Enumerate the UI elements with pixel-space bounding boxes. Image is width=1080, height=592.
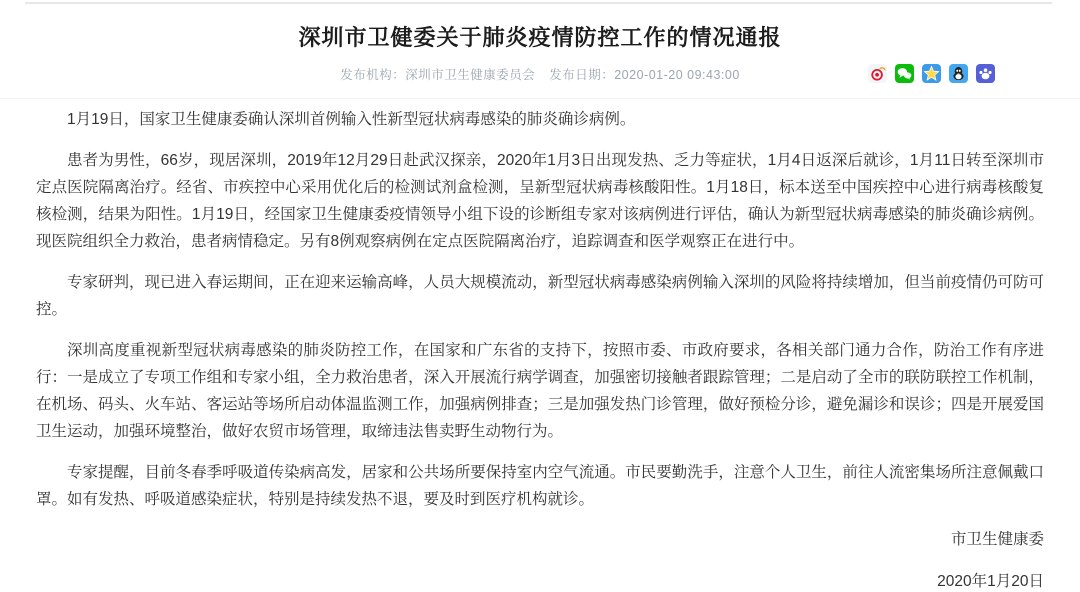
- wechat-bubbles-icon: [895, 64, 914, 83]
- notice-body: 1月19日，国家卫生健康委确认深圳首例输入性新型冠状病毒感染的肺炎确诊病例。 患…: [36, 106, 1044, 592]
- weibo-eye-icon: [868, 64, 887, 83]
- paragraph-confirmation: 1月19日，国家卫生健康委确认深圳首例输入性新型冠状病毒感染的肺炎确诊病例。: [36, 106, 1044, 133]
- share-bar: [868, 64, 995, 83]
- qzone-star-icon: [922, 64, 941, 83]
- header-divider: [0, 98, 1080, 99]
- publish-date-label: 发布日期：: [549, 68, 614, 82]
- publish-org-label: 发布机构：: [340, 68, 405, 82]
- qq-share-icon[interactable]: [949, 64, 968, 83]
- baidu-paw-icon: [976, 64, 995, 83]
- weibo-share-icon[interactable]: [868, 64, 887, 83]
- baidu-tieba-share-icon[interactable]: [976, 64, 995, 83]
- signature-date: 2020年1月20日: [36, 569, 1044, 592]
- publish-date: 2020-01-20 09:43:00: [614, 68, 740, 82]
- signature-author: 市卫生健康委: [36, 527, 1044, 553]
- publish-org: 深圳市卫生健康委员会: [405, 68, 535, 82]
- paragraph-expert-reminder: 专家提醒，目前冬春季呼吸道传染病高发，居家和公共场所要保持室内空气流通。市民要勤…: [36, 459, 1044, 513]
- paragraph-patient-details: 患者为男性，66岁，现居深圳，2019年12月29日赴武汉探亲，2020年1月3…: [36, 147, 1044, 255]
- qzone-share-icon[interactable]: [922, 64, 941, 83]
- top-divider: [25, 2, 1052, 4]
- notice-page: 深圳市卫健委关于肺炎疫情防控工作的情况通报 发布机构：深圳市卫生健康委员会发布日…: [0, 0, 1080, 592]
- paragraph-expert-assessment: 专家研判，现已进入春运期间，正在迎来运输高峰，人员大规模流动，新型冠状病毒感染病…: [36, 269, 1044, 323]
- wechat-share-icon[interactable]: [895, 64, 914, 83]
- page-title: 深圳市卫健委关于肺炎疫情防控工作的情况通报: [0, 0, 1080, 52]
- qq-penguin-icon: [949, 64, 968, 83]
- paragraph-prevention-measures: 深圳高度重视新型冠状病毒感染的肺炎防控工作，在国家和广东省的支持下，按照市委、市…: [36, 337, 1044, 445]
